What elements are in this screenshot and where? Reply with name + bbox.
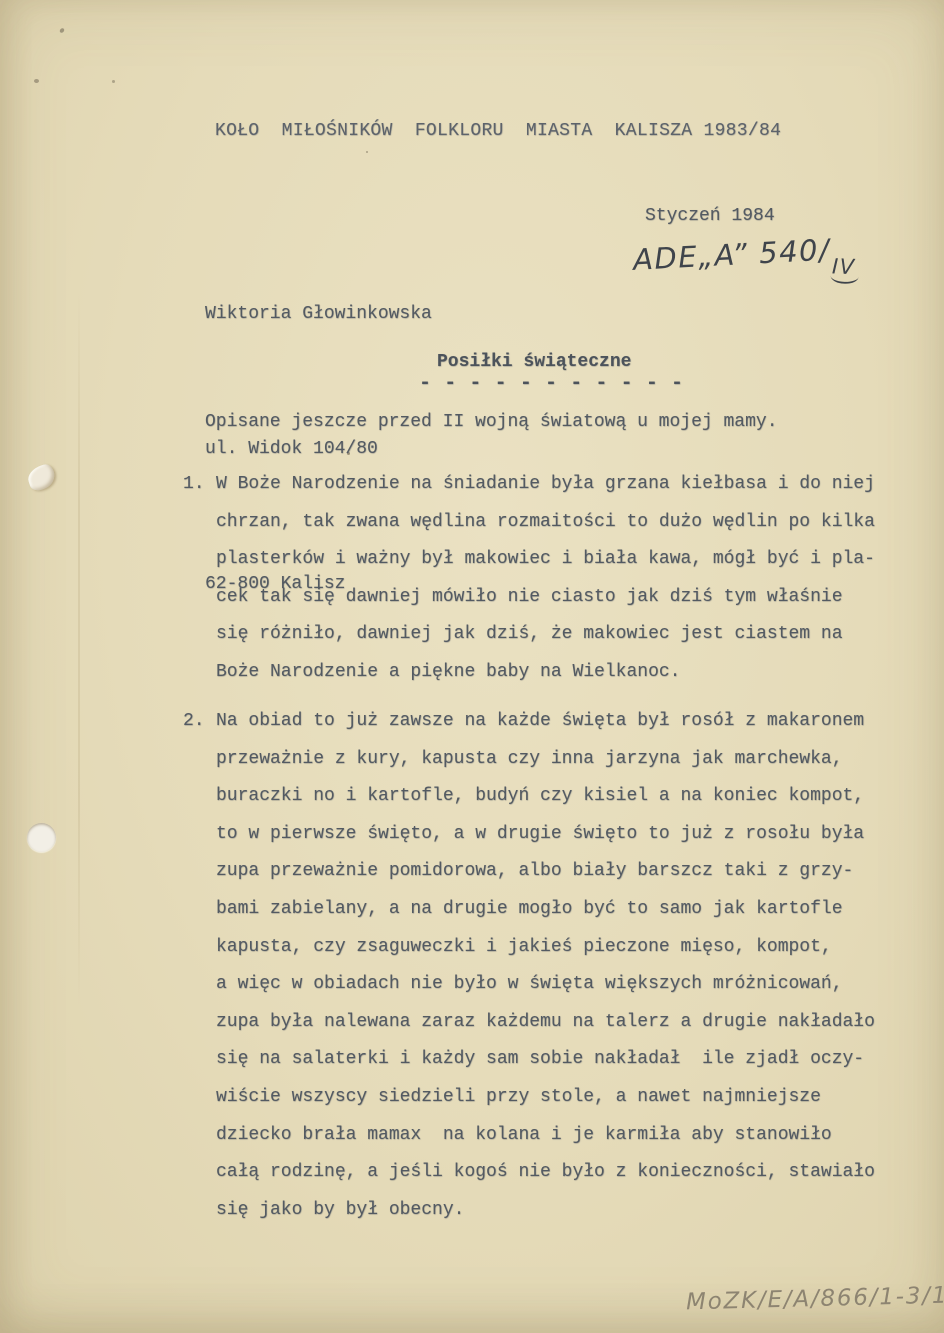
catalog-number-suffix: IV <box>831 254 860 284</box>
intro-line: Opisane jeszcze przed II wojną światową … <box>205 412 778 432</box>
hole-punch-torn <box>25 462 58 492</box>
paper-speck <box>112 80 115 83</box>
list-item-1: 1. W Boże Narodzenie na śniadanie była g… <box>183 466 875 692</box>
list-item-2: 2. Na obiad to już zawsze na każde święt… <box>183 703 875 1229</box>
title-underline: - - - - - - - - - - - <box>419 372 684 395</box>
paper-speck <box>34 79 39 83</box>
paper-crease <box>78 290 80 1010</box>
handwritten-catalog-number: ADE„A” 540/IV <box>632 231 859 280</box>
catalog-number-main: ADE„A” 540/ <box>632 233 831 277</box>
document-date: Styczeń 1984 <box>645 206 775 226</box>
scanned-document-page: KOŁO MIŁOŚNIKÓW FOLKLORU MIASTA KALISZA … <box>0 0 944 1333</box>
paper-speck <box>59 27 65 33</box>
document-title: Posiłki świąteczne <box>437 352 631 372</box>
hole-punch <box>27 823 56 852</box>
item-number: 2. <box>183 703 216 1229</box>
item-text: W Boże Narodzenie na śniadanie była grza… <box>216 466 875 692</box>
archive-reference-number: MoZK/E/A/866/1-3/1 <box>686 1283 944 1316</box>
item-number: 1. <box>183 466 216 692</box>
document-header: KOŁO MIŁOŚNIKÓW FOLKLORU MIASTA KALISZA … <box>215 121 781 141</box>
paper-speck <box>366 151 368 153</box>
author-name: Wiktoria Głowinkowska <box>205 292 432 337</box>
item-text: Na obiad to już zawsze na każde święta b… <box>216 703 875 1229</box>
